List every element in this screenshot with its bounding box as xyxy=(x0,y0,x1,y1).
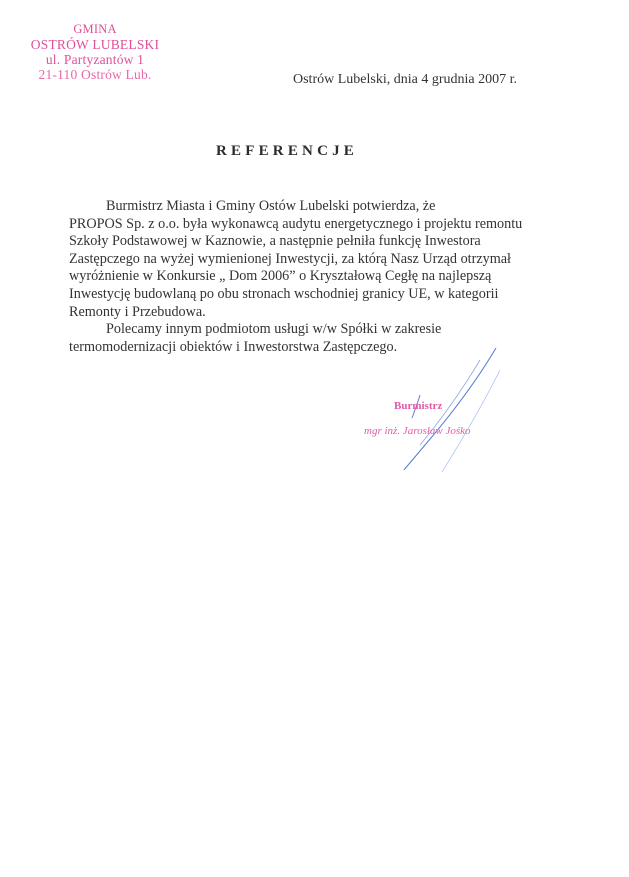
paragraph-recommendation: Polecamy innym podmiotom usługi w/w Spół… xyxy=(69,321,589,356)
body-line: Burmistrz Miasta i Gminy Ostów Lubelski … xyxy=(69,198,589,216)
letter-body: Burmistrz Miasta i Gminy Ostów Lubelski … xyxy=(69,198,589,356)
body-line: Inwestycję budowlaną po obu stronach wsc… xyxy=(69,286,589,304)
stamp-line: GMINA xyxy=(20,22,170,37)
paragraph-confirmation: Burmistrz Miasta i Gminy Ostów Lubelski … xyxy=(69,198,589,321)
body-line: termomodernizacji obiektów i Inwestorstw… xyxy=(69,339,589,357)
signatory-name: mgr inż. Jarosław Jośko xyxy=(364,425,471,437)
body-line: Szkoły Podstawowej w Kaznowie, a następn… xyxy=(69,233,589,251)
stamp-line: 21-110 Ostrów Lub. xyxy=(20,67,170,82)
stamp-line: OSTRÓW LUBELSKI xyxy=(20,37,170,52)
signatory-title: Burmistrz xyxy=(394,400,442,412)
body-line: Zastępczego na wyżej wymienionej Inwesty… xyxy=(69,251,589,269)
body-line: wyróżnienie w Konkursie „ Dom 2006” o Kr… xyxy=(69,268,589,286)
document-title: REFERENCJE xyxy=(216,143,358,160)
stamp-line: ul. Partyzantów 1 xyxy=(20,52,170,67)
date-line: Ostrów Lubelski, dnia 4 grudnia 2007 r. xyxy=(293,72,517,88)
body-line: PROPOS Sp. z o.o. była wykonawcą audytu … xyxy=(69,216,589,234)
body-line: Polecamy innym podmiotom usługi w/w Spół… xyxy=(69,321,589,339)
body-line: Remonty i Przebudowa. xyxy=(69,304,589,322)
municipality-stamp: GMINA OSTRÓW LUBELSKI ul. Partyzantów 1 … xyxy=(20,22,170,82)
